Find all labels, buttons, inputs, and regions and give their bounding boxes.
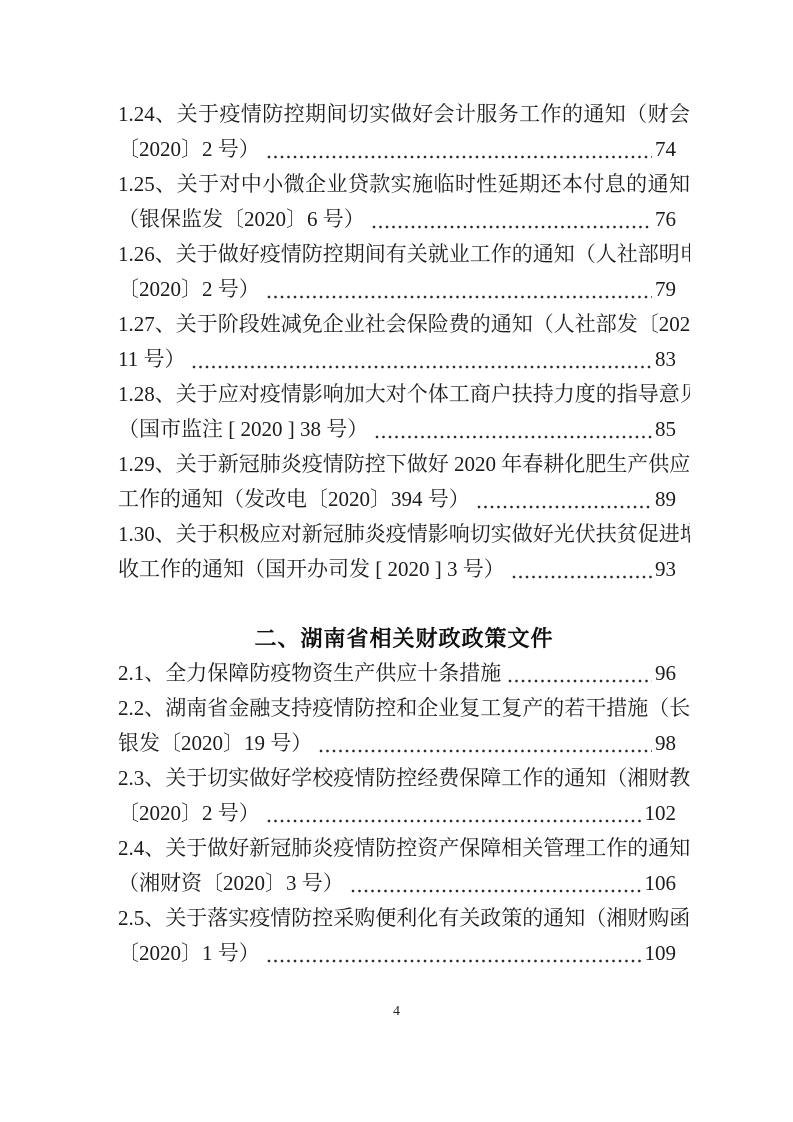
toc-entry-tail-text: （国市监注 [ 2020 ] 38 号） — [118, 412, 368, 447]
toc-entry-tail-text: 〔2020〕2 号） — [118, 796, 260, 831]
toc-entry: 2.3、关于切实做好学校疫情防控经费保障工作的通知（湘财教〔2020〕2 号）1… — [118, 761, 690, 831]
toc-page-number: 76 — [655, 202, 676, 237]
toc-entry: 1.26、关于做好疫情防控期间有关就业工作的通知（人社部明电〔2020〕2 号）… — [118, 237, 690, 307]
toc-page-number: 98 — [655, 726, 676, 761]
toc-entry-tail-text: 〔2020〕2 号） — [118, 132, 260, 167]
toc-entry: 1.28、关于应对疫情影响加大对个体工商户扶持力度的指导意见（国市监注 [ 20… — [118, 377, 690, 447]
toc-entry-tail-row: （国市监注 [ 2020 ] 38 号）85 — [118, 412, 690, 447]
toc-entry: 1.29、关于新冠肺炎疫情防控下做好 2020 年春耕化肥生产供应工作的通知（发… — [118, 447, 690, 517]
toc-entry: 1.25、关于对中小微企业贷款实施临时性延期还本付息的通知（银保监发〔2020〕… — [118, 167, 690, 237]
dot-leader — [266, 294, 652, 300]
toc-entry-line: 1.24、关于疫情防控期间切实做好会计服务工作的通知（财会 — [118, 97, 690, 132]
toc-entry-tail-row: （湘财资〔2020〕3 号）106 — [118, 866, 690, 901]
toc-page-number: 102 — [645, 796, 677, 831]
toc-entry-line: 2.2、湖南省金融支持疫情防控和企业复工复产的若干措施（长 — [118, 691, 690, 726]
page-number: 4 — [393, 1004, 400, 1019]
toc-page-number: 89 — [655, 482, 676, 517]
toc-entry-tail-row: 〔2020〕1 号）109 — [118, 936, 690, 971]
toc-entry: 1.27、关于阶段姓减免企业社会保险费的通知（人社部发〔2020〕11 号）83 — [118, 307, 690, 377]
dot-leader — [374, 434, 652, 440]
toc-entry-tail-row: 工作的通知（发改电〔2020〕394 号）89 — [118, 482, 690, 517]
toc-entry-line: 1.29、关于新冠肺炎疫情防控下做好 2020 年春耕化肥生产供应 — [118, 447, 690, 482]
toc-entry-tail-row: 〔2020〕2 号）79 — [118, 272, 690, 307]
toc-page-number: 74 — [655, 132, 676, 167]
dot-leader — [476, 504, 652, 510]
toc-entry-tail-row: 〔2020〕2 号）102 — [118, 796, 690, 831]
toc-entry-tail-text: （银保监发〔2020〕6 号） — [118, 202, 365, 237]
toc-entry-line: 2.3、关于切实做好学校疫情防控经费保障工作的通知（湘财教 — [118, 761, 690, 796]
toc-entry-tail-row: 11 号）83 — [118, 342, 690, 377]
dot-leader — [511, 574, 652, 580]
toc-page-number: 85 — [655, 412, 676, 447]
dot-leader — [507, 678, 652, 684]
table-of-contents: 1.24、关于疫情防控期间切实做好会计服务工作的通知（财会〔2020〕2 号）7… — [118, 97, 690, 971]
dot-leader — [266, 958, 642, 964]
toc-entry-tail-row: 银发〔2020〕19 号）98 — [118, 726, 690, 761]
toc-page-number: 93 — [655, 552, 676, 587]
toc-page-number: 96 — [655, 656, 676, 691]
toc-entry-tail-text: 2.1、全力保障防疫物资生产供应十条措施 — [118, 656, 501, 691]
toc-entry: 1.30、关于积极应对新冠肺炎疫情影响切实做好光伏扶贫促进增收工作的通知（国开办… — [118, 517, 690, 587]
toc-entry-tail-text: 11 号） — [118, 342, 185, 377]
dot-leader — [266, 154, 652, 160]
toc-entry-tail-text: （湘财资〔2020〕3 号） — [118, 866, 344, 901]
toc-page-number: 109 — [645, 936, 677, 971]
toc-entry-line: 1.27、关于阶段姓减免企业社会保险费的通知（人社部发〔2020〕 — [118, 307, 690, 342]
toc-page-number: 83 — [655, 342, 676, 377]
dot-leader — [266, 818, 642, 824]
toc-entry-line: 1.26、关于做好疫情防控期间有关就业工作的通知（人社部明电 — [118, 237, 690, 272]
toc-entry-line: 1.28、关于应对疫情影响加大对个体工商户扶持力度的指导意见 — [118, 377, 690, 412]
toc-entry-line: 1.30、关于积极应对新冠肺炎疫情影响切实做好光伏扶贫促进增 — [118, 517, 690, 552]
toc-entry-line: 1.25、关于对中小微企业贷款实施临时性延期还本付息的通知 — [118, 167, 690, 202]
toc-entry: 2.4、关于做好新冠肺炎疫情防控资产保障相关管理工作的通知（湘财资〔2020〕3… — [118, 831, 690, 901]
dot-leader — [371, 224, 652, 230]
toc-entry-line: 2.4、关于做好新冠肺炎疫情防控资产保障相关管理工作的通知 — [118, 831, 690, 866]
toc-entry-tail-text: 〔2020〕1 号） — [118, 936, 260, 971]
toc-entry-line: 2.5、关于落实疫情防控采购便利化有关政策的通知（湘财购函 — [118, 901, 690, 936]
dot-leader — [350, 888, 642, 894]
section-heading: 二、湖南省相关财政政策文件 — [118, 621, 690, 656]
toc-entry-tail-row: 〔2020〕2 号）74 — [118, 132, 690, 167]
toc-entry-tail-text: 工作的通知（发改电〔2020〕394 号） — [118, 482, 470, 517]
toc-entry-tail-row: 2.1、全力保障防疫物资生产供应十条措施96 — [118, 656, 690, 691]
toc-entry-tail-text: 收工作的通知（国开办司发 [ 2020 ] 3 号） — [118, 552, 505, 587]
toc-entry-tail-text: 银发〔2020〕19 号） — [118, 726, 312, 761]
toc-entry-tail-row: （银保监发〔2020〕6 号）76 — [118, 202, 690, 237]
toc-entry: 2.2、湖南省金融支持疫情防控和企业复工复产的若干措施（长银发〔2020〕19 … — [118, 691, 690, 761]
toc-entry-tail-text: 〔2020〕2 号） — [118, 272, 260, 307]
toc-page-number: 79 — [655, 272, 676, 307]
dot-leader — [318, 748, 652, 754]
dot-leader — [191, 364, 652, 370]
toc-entry-tail-row: 收工作的通知（国开办司发 [ 2020 ] 3 号）93 — [118, 552, 690, 587]
page-footer: 4 — [0, 1002, 793, 1022]
toc-entry: 2.1、全力保障防疫物资生产供应十条措施96 — [118, 656, 690, 691]
toc-page-number: 106 — [645, 866, 677, 901]
toc-entry: 1.24、关于疫情防控期间切实做好会计服务工作的通知（财会〔2020〕2 号）7… — [118, 97, 690, 167]
toc-entry: 2.5、关于落实疫情防控采购便利化有关政策的通知（湘财购函〔2020〕1 号）1… — [118, 901, 690, 971]
